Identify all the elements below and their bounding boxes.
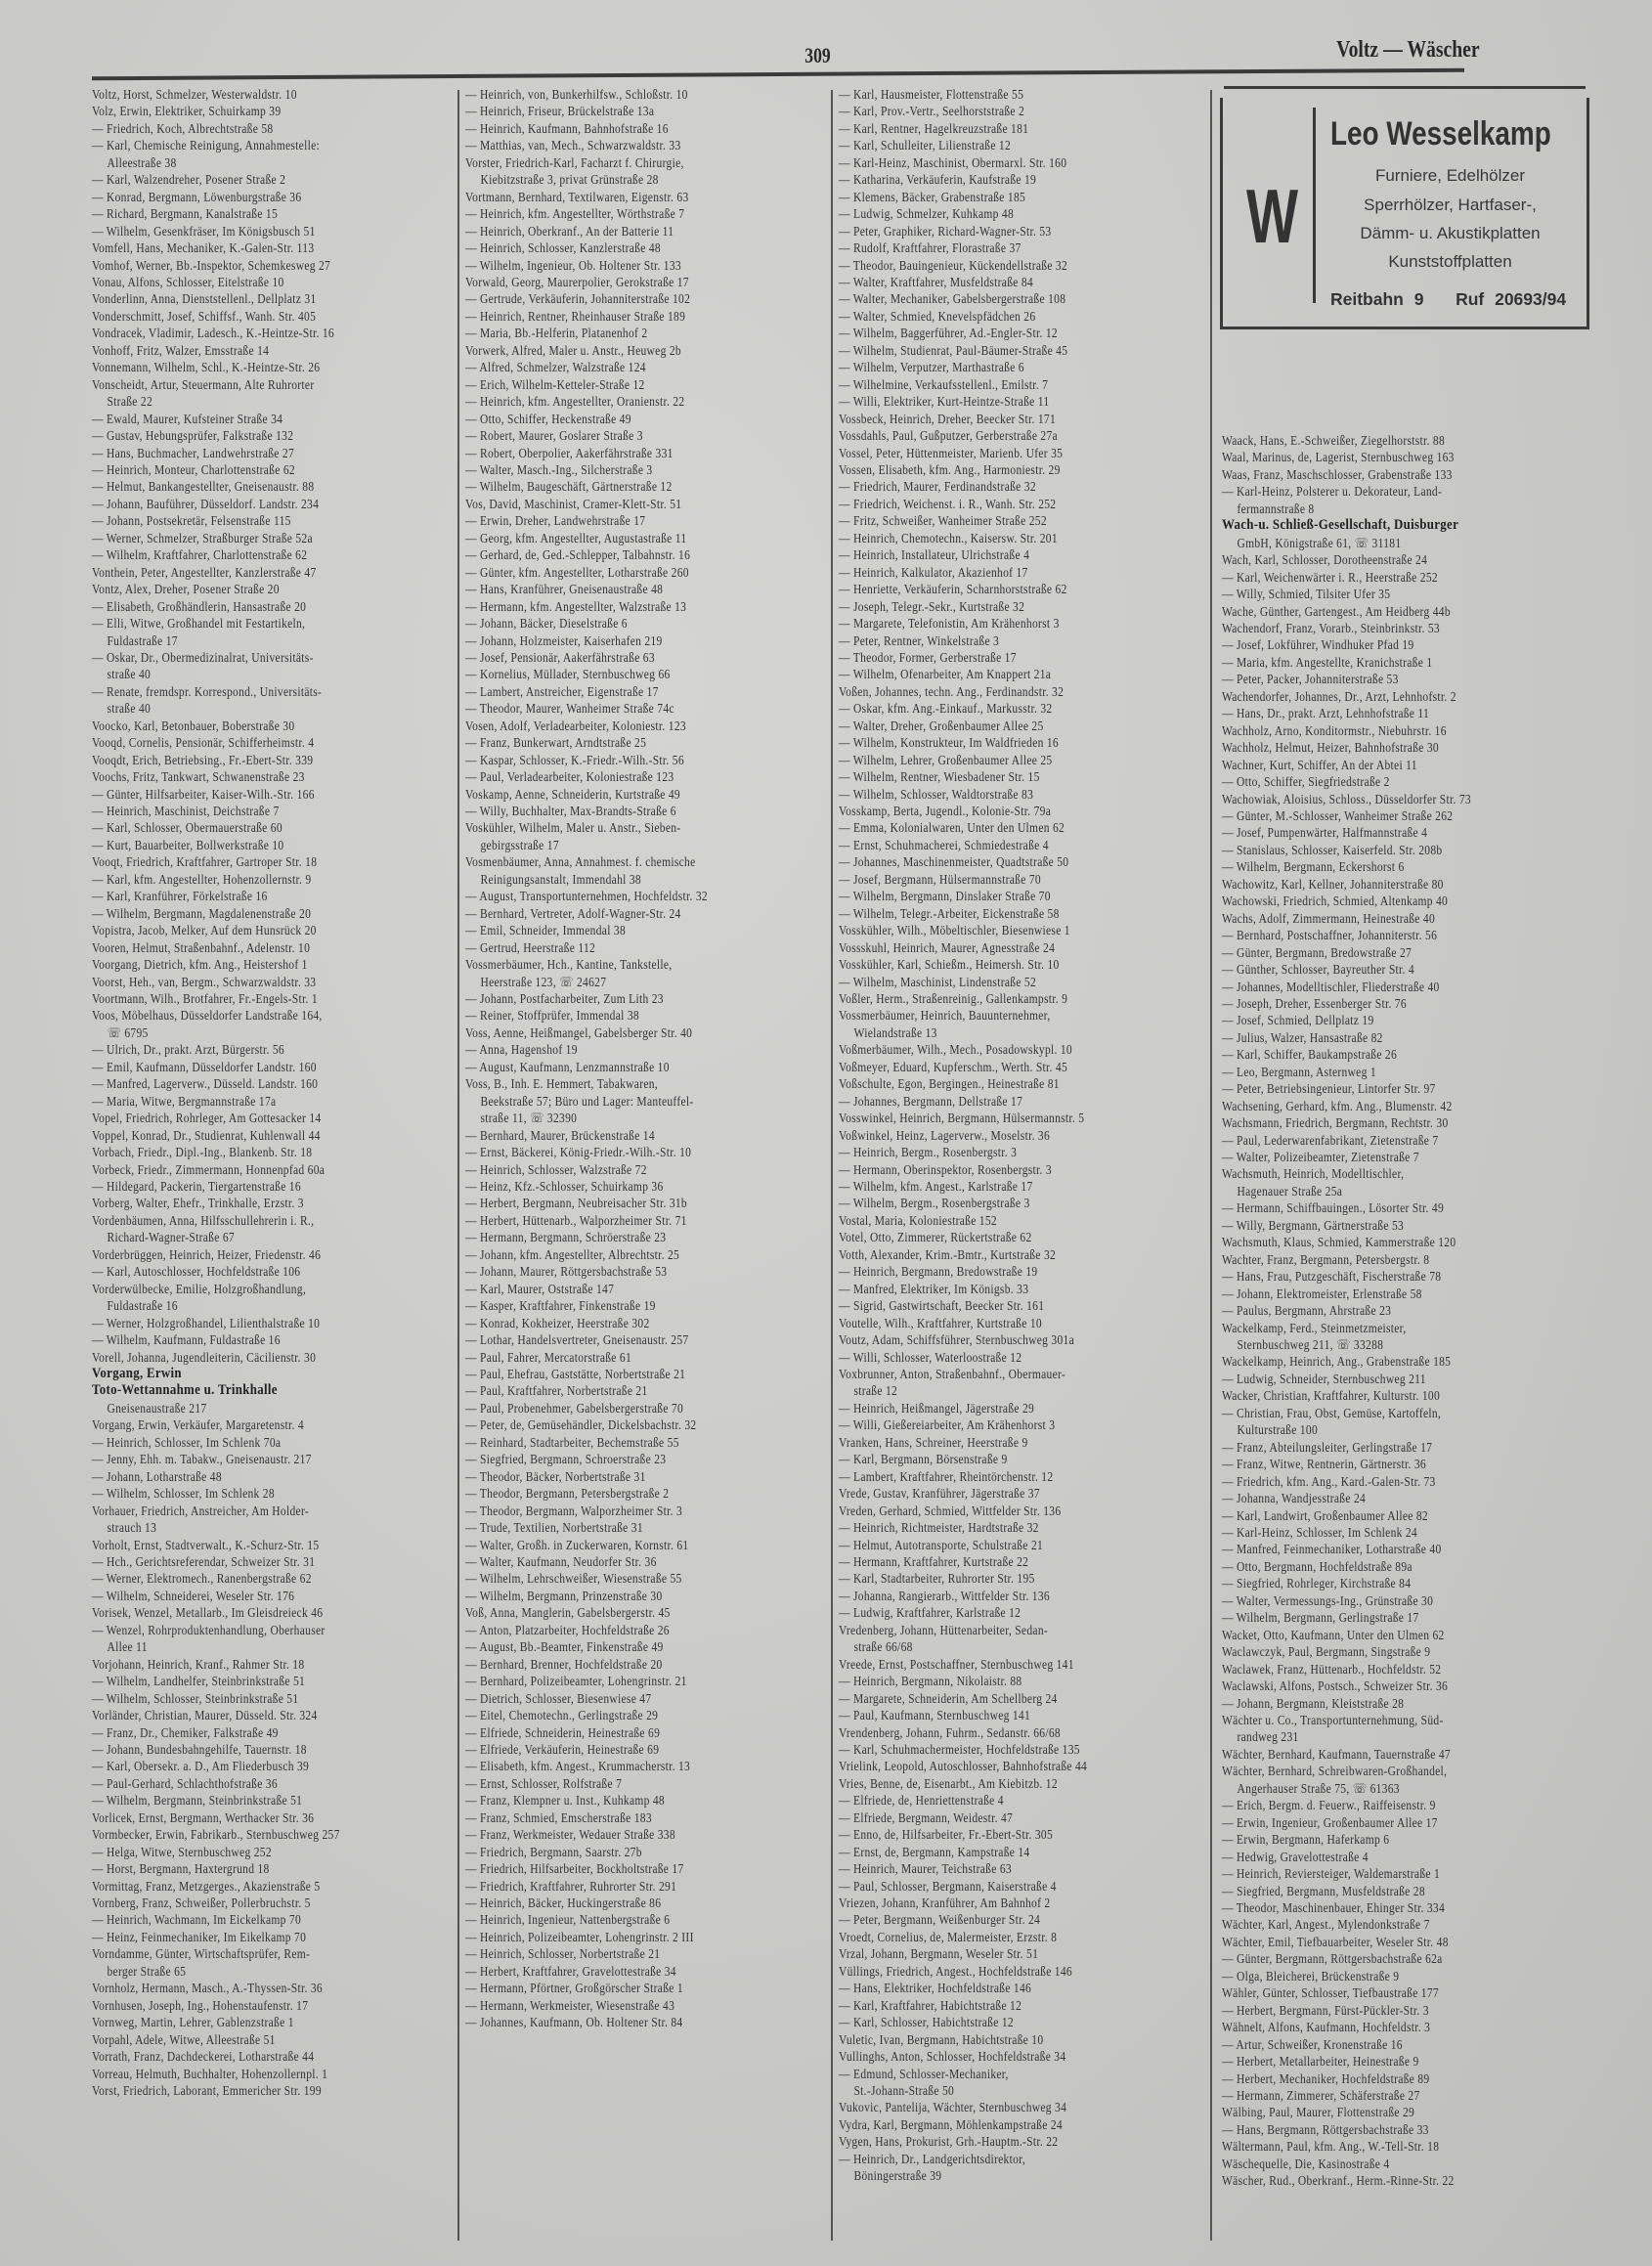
directory-entry: — Margarete, Telefonistin, Am Krähenhors… xyxy=(839,615,1150,632)
directory-entry: — Alfred, Schmelzer, Walzstraße 124 xyxy=(465,359,776,375)
directory-entry: — Wilhelm, Bergmann, Eckershorst 6 xyxy=(1222,858,1542,875)
directory-entry: — Oskar, Dr., Obermedizinalrat, Universi… xyxy=(92,649,403,666)
directory-entry: Sternbuschweg 211, ☏ 33288 xyxy=(1222,1336,1542,1353)
directory-entry: — Walter, Großh. in Zuckerwaren, Kornstr… xyxy=(465,1537,776,1553)
directory-entry: St.-Johann-Straße 50 xyxy=(839,2082,1150,2099)
directory-entry: — Hans, Kranführer, Gneisenaustraße 48 xyxy=(465,581,776,597)
directory-entry: — Elfriede, Verkäuferin, Heinestraße 69 xyxy=(465,1741,776,1758)
directory-entry: Vonnemann, Wilhelm, Schl., K.-Heintze-St… xyxy=(92,359,403,375)
directory-entry: — Peter, Rentner, Winkelstraße 3 xyxy=(839,632,1150,649)
directory-entry: — Paul, Ehefrau, Gaststätte, Norbertstra… xyxy=(465,1366,776,1382)
directory-entry: Vosswinkel, Heinrich, Bergmann, Hülserma… xyxy=(839,1110,1150,1126)
directory-entry: — Paul, Probenehmer, Gabelsbergerstraße … xyxy=(465,1400,776,1416)
directory-entry: — Karl, kfm. Angestellter, Hohenzollerns… xyxy=(92,871,403,888)
directory-entry: Heerstraße 123, ☏ 24627 xyxy=(465,974,776,990)
directory-entry: — Bernhard, Polizeibeamter, Lohengrinstr… xyxy=(465,1673,776,1689)
directory-entry: — Johannes, Kaufmann, Ob. Holtener Str. … xyxy=(465,2014,776,2030)
directory-entry: — Paul-Gerhard, Schlachthofstraße 36 xyxy=(92,1775,403,1792)
ad-line: Dämm- u. Akustikplatten xyxy=(1330,224,1570,243)
directory-entry: — Paul, Fahrer, Mercatorstraße 61 xyxy=(465,1349,776,1366)
directory-entry: — Herbert, Kraftfahrer, Gravelottestraße… xyxy=(465,1963,776,1980)
directory-entry: — Wilhelm, Lehrschweißer, Wiesenstraße 5… xyxy=(465,1570,776,1587)
directory-entry: Vornberg, Franz, Schweißer, Pollerbruchs… xyxy=(92,1895,403,1911)
directory-entry: — Henriette, Verkäuferin, Scharnhorststr… xyxy=(839,581,1150,597)
directory-entry: Gneisenaustraße 217 xyxy=(92,1400,403,1416)
directory-entry: — Herbert, Mechaniker, Hochfeldstraße 89 xyxy=(1222,2070,1542,2087)
directory-entry: — Katharina, Verkäuferin, Kaufstraße 19 xyxy=(839,171,1150,188)
directory-entry: — Günter, kfm. Angestellter, Lotharstraß… xyxy=(465,564,776,581)
directory-entry: Vonthein, Peter, Angestellter, Kanzlerst… xyxy=(92,564,403,581)
directory-entry: Voorst, Heh., van, Bergm., Schwarzwaldst… xyxy=(92,974,403,990)
directory-entry: Voßmeyer, Eduard, Kupferschm., Werth. St… xyxy=(839,1059,1150,1075)
directory-entry: — Heinrich, Schlosser, Norbertstraße 21 xyxy=(465,1945,776,1962)
directory-entry: — Konrad, Kokheizer, Heerstraße 302 xyxy=(465,1315,776,1331)
directory-entry: — Hermann, kfm. Angestellter, Walzstraße… xyxy=(465,598,776,615)
directory-entry: Alleestraße 38 xyxy=(92,154,403,171)
directory-entry: — Karl, Maurer, Oststraße 147 xyxy=(465,1281,776,1297)
directory-entry: — Heinrich, Schlosser, Walzstraße 72 xyxy=(465,1161,776,1178)
directory-entry: Vomfell, Hans, Mechaniker, K.-Galen-Str.… xyxy=(92,240,403,256)
directory-entry: — Fritz, Schweißer, Wanheimer Straße 252 xyxy=(839,512,1150,529)
directory-entry: — Heinrich, Schlosser, Im Schlenk 70a xyxy=(92,1434,403,1451)
directory-entry: Wäschequelle, Die, Kasinostraße 4 xyxy=(1222,2156,1542,2172)
directory-entry: — Elli, Witwe, Großhandel mit Festartike… xyxy=(92,615,403,632)
directory-entry: — Reiner, Stoffprüfer, Immendal 38 xyxy=(465,1007,776,1024)
directory-entry: — Manfred, Lagerverw., Düsseld. Landstr.… xyxy=(92,1075,403,1092)
directory-entry: Vos, David, Maschinist, Cramer-Klett-Str… xyxy=(465,496,776,512)
directory-entry: — Wilhelmine, Verkaufsstellenl., Emilstr… xyxy=(839,376,1150,393)
directory-entry: — Helga, Witwe, Sternbuschweg 252 xyxy=(92,1844,403,1860)
directory-entry: Voos, Möbelhaus, Düsseldorfer Landstraße… xyxy=(92,1007,403,1024)
directory-entry: — Karl, Obersekr. a. D., Am Fliederbusch… xyxy=(92,1758,403,1774)
directory-entry: — Günter, M.-Schlosser, Wanheimer Straße… xyxy=(1222,807,1542,824)
directory-entry: Waas, Franz, Maschschlosser, Grabenstraß… xyxy=(1222,466,1542,483)
directory-entry: Wach, Karl, Schlosser, Dorotheenstraße 2… xyxy=(1222,551,1542,568)
directory-entry: — Wilhelm, Kraftfahrer, Charlottenstraße… xyxy=(92,546,403,563)
directory-entry: Voss, Aenne, Heißmangel, Gabelsberger St… xyxy=(465,1024,776,1041)
directory-entry: — Wilhelm, Schlosser, Im Schlenk 28 xyxy=(92,1485,403,1502)
directory-entry: — Eitel, Chemotechn., Gerlingstraße 29 xyxy=(465,1707,776,1723)
directory-entry: — Franz, Schmied, Emscherstraße 183 xyxy=(465,1809,776,1826)
directory-entry: — Robert, Oberpolier, Aakerfährstraße 33… xyxy=(465,445,776,461)
directory-entry: — Friedrich, Bergmann, Saarstr. 27b xyxy=(465,1844,776,1860)
directory-entry: Vooqd, Cornelis, Pensionär, Schifferheim… xyxy=(92,734,403,751)
directory-entry: — Erwin, Ingenieur, Großenbaumer Allee 1… xyxy=(1222,1814,1542,1831)
directory-entry: Voskühler, Wilhelm, Maler u. Anstr., Sie… xyxy=(465,819,776,836)
directory-entry: — Friedrich, Koch, Albrechtstraße 58 xyxy=(92,120,403,137)
directory-entry: Vosskühler, Wilh., Möbeltischler, Biesen… xyxy=(839,922,1150,938)
directory-entry: — Willy, Buchhalter, Max-Brandts-Straße … xyxy=(465,803,776,819)
directory-entry: Waclawek, Franz, Hüttenarb., Hochfeldstr… xyxy=(1222,1661,1542,1678)
directory-entry: — Johann, Bäcker, Dieselstraße 6 xyxy=(465,615,776,632)
directory-entry: — Erich, Wilhelm-Ketteler-Straße 12 xyxy=(465,376,776,393)
ad-contact: Reitbahn 9 Ruf 20693/94 xyxy=(1330,289,1566,310)
directory-entry: Vriezen, Johann, Kranführer, Am Bahnhof … xyxy=(839,1895,1150,1911)
directory-entry: — Heinrich, Bäcker, Huckingerstraße 86 xyxy=(465,1895,776,1911)
directory-entry: — Paul, Schlosser, Bergmann, Kaiserstraß… xyxy=(839,1878,1150,1895)
directory-entry: — Karl, Schulleiter, Lilienstraße 12 xyxy=(839,137,1150,153)
directory-entry: Waal, Marinus, de, Lagerist, Sternbuschw… xyxy=(1222,449,1542,465)
directory-entry: Wachholz, Helmut, Heizer, Bahnhofstraße … xyxy=(1222,739,1542,756)
directory-entry: — Peter, Bergmann, Weißenburger Str. 24 xyxy=(839,1911,1150,1928)
directory-entry: — Johannes, Maschinenmeister, Quadtstraß… xyxy=(839,853,1150,870)
directory-entry: Votel, Otto, Zimmerer, Rückertstraße 62 xyxy=(839,1229,1150,1245)
directory-entry: Vossel, Peter, Hüttenmeister, Marienb. U… xyxy=(839,445,1150,461)
directory-entry: Voss, B., Inh. E. Hemmert, Tabakwaren, xyxy=(465,1075,776,1092)
directory-entry: Vornholz, Hermann, Masch., A.-Thyssen-St… xyxy=(92,1980,403,1996)
directory-entry: — Renate, fremdspr. Korrespond., Univers… xyxy=(92,683,403,700)
directory-entry: Vorndamme, Günter, Wirtschaftsprüfer, Re… xyxy=(92,1945,403,1962)
directory-entry: ☏ 6795 xyxy=(92,1024,403,1041)
directory-entry: — Herbert, Bergmann, Fürst-Pückler-Str. … xyxy=(1222,2002,1542,2019)
directory-entry: Waclawski, Alfons, Postsch., Schweizer S… xyxy=(1222,1678,1542,1694)
directory-entry: — Heinrich, Maurer, Teichstraße 63 xyxy=(839,1860,1150,1877)
directory-entry: — Heinrich, Bergmann, Bredowstraße 19 xyxy=(839,1263,1150,1280)
directory-entry: — Wilhelm, Schlosser, Waldtorstraße 83 xyxy=(839,786,1150,803)
directory-entry: — Walter, Vermessungs-Ing., Grünstraße 3… xyxy=(1222,1592,1542,1609)
directory-entry: — Paulus, Bergmann, Ahrstraße 23 xyxy=(1222,1302,1542,1319)
directory-entry: — Kurt, Bauarbeiter, Bollwerkstraße 10 xyxy=(92,837,403,853)
directory-entry: Vomhof, Werner, Bb.-Inspektor, Schemkesw… xyxy=(92,257,403,274)
directory-entry: — Wilhelm, Konstrukteur, Im Waldfrieden … xyxy=(839,734,1150,751)
directory-entry: — August, Bb.-Beamter, Finkenstraße 49 xyxy=(465,1638,776,1655)
directory-entry: — Walter, Kaufmann, Neudorfer Str. 36 xyxy=(465,1553,776,1570)
directory-entry: Voskamp, Aenne, Schneiderin, Kurtstraße … xyxy=(465,786,776,803)
directory-entry: — Friedrich, Maurer, Ferdinandstraße 32 xyxy=(839,478,1150,495)
directory-entry: Vosmenbäumer, Anna, Annahmest. f. chemis… xyxy=(465,853,776,870)
directory-entry: — Günter, Bergmann, Bredowstraße 27 xyxy=(1222,944,1542,961)
directory-entry: Vüllings, Friedrich, Angest., Hochfeldst… xyxy=(839,1963,1150,1980)
directory-entry: — Wilhelm, Bergmann, Magdalenenstraße 20 xyxy=(92,905,403,922)
directory-entry: — Heinrich, Kaufmann, Bahnhofstraße 16 xyxy=(465,120,776,137)
directory-entry: Vorbeck, Friedr., Zimmermann, Honnenpfad… xyxy=(92,1161,403,1178)
directory-entry: Vonscheidt, Artur, Steuermann, Alte Ruhr… xyxy=(92,376,403,393)
directory-entry: — Gertrud, Heerstraße 112 xyxy=(465,939,776,956)
directory-entry: straße 66/68 xyxy=(839,1638,1150,1655)
directory-entry: — Hermann, Pförtner, Großgörscher Straße… xyxy=(465,1980,776,1996)
directory-entry: — Günther, Schlosser, Bayreuther Str. 4 xyxy=(1222,961,1542,978)
directory-entry: — Gerhard, de, Ged.-Schlepper, Talbahnst… xyxy=(465,546,776,563)
directory-entry: Vormbecker, Erwin, Fabrikarb., Sternbusc… xyxy=(92,1826,403,1843)
directory-entry: Toto-Wettannahme u. Trinkhalle xyxy=(92,1382,403,1399)
directory-entry: — Klemens, Bäcker, Grabenstraße 185 xyxy=(839,189,1150,205)
directory-entry: Vonau, Alfons, Schlosser, Eitelstraße 10 xyxy=(92,274,403,290)
directory-entry: — Heinrich, von, Bunkerhilfsw., Schloßst… xyxy=(465,86,776,103)
directory-entry: — Karl, Stadtarbeiter, Ruhrorter Str. 19… xyxy=(839,1570,1150,1587)
directory-entry: — Elfriede, de, Henriettenstraße 4 xyxy=(839,1792,1150,1808)
directory-entry: Fuldastraße 16 xyxy=(92,1297,403,1314)
directory-entry: Wachter, Franz, Bergmann, Petersbergstr.… xyxy=(1222,1251,1542,1268)
directory-entry: — Heinrich, Heißmangel, Jägerstraße 29 xyxy=(839,1400,1150,1416)
directory-entry: Wächter, Bernhard, Schreibwaren-Großhand… xyxy=(1222,1763,1542,1779)
directory-entry: Vorwald, Georg, Maurerpolier, Gerokstraß… xyxy=(465,274,776,290)
directory-entry: — Ernst, Bäckerei, König-Friedr.-Wilh.-S… xyxy=(465,1144,776,1160)
directory-entry: Voßwinkel, Heinz, Lagerverw., Moselstr. … xyxy=(839,1127,1150,1144)
directory-entry: — Enno, de, Hilfsarbeiter, Fr.-Ebert-Str… xyxy=(839,1826,1150,1843)
directory-entry: — Walter, Mechaniker, Gabelsbergerstraße… xyxy=(839,290,1150,307)
directory-entry: — Peter, Graphiker, Richard-Wagner-Str. … xyxy=(839,223,1150,240)
directory-entry: Voppel, Konrad, Dr., Studienrat, Kuhlenw… xyxy=(92,1127,403,1144)
directory-entry: — Peter, de, Gemüsehändler, Dickelsbachs… xyxy=(465,1416,776,1433)
directory-entry: Waclawczyk, Paul, Bergmann, Singstraße 9 xyxy=(1222,1643,1542,1660)
directory-entry: strauch 13 xyxy=(92,1519,403,1536)
directory-entry: Wach-u. Schließ-Gesellschaft, Duisburger xyxy=(1222,517,1542,534)
directory-entry: — Wilhelm, Studienrat, Paul-Bäumer-Straß… xyxy=(839,342,1150,359)
directory-entry: Vydra, Karl, Bergmann, Möhlenkampstraße … xyxy=(839,2116,1150,2133)
directory-entry: Vorlicek, Ernst, Bergmann, Werthacker St… xyxy=(92,1809,403,1826)
directory-entry: Wacket, Otto, Kaufmann, Unter den Ulmen … xyxy=(1222,1627,1542,1643)
directory-entry: — Günter, Hilfsarbeiter, Kaiser-Wilh.-St… xyxy=(92,786,403,803)
directory-column-1: Voltz, Horst, Schmelzer, Westerwaldstr. … xyxy=(92,86,454,2099)
directory-entry: Vorpahl, Adele, Witwe, Alleestraße 51 xyxy=(92,2031,403,2048)
directory-entry: — Josef, Pensionär, Aakerfährstraße 63 xyxy=(465,649,776,666)
directory-entry: — Heinrich, Polizeibeamter, Lohengrinstr… xyxy=(465,1929,776,1945)
directory-entry: Vorreau, Helmuth, Buchhalter, Hohenzolle… xyxy=(92,2066,403,2082)
directory-entry: — Trude, Textilien, Norbertstraße 31 xyxy=(465,1519,776,1536)
directory-entry: Wähnelt, Alfons, Kaufmann, Hochfeldstr. … xyxy=(1222,2019,1542,2035)
directory-entry: — Karl, Schiffer, Baukampstraße 26 xyxy=(1222,1046,1542,1063)
directory-entry: — Johann, Bergmann, Kleiststraße 28 xyxy=(1222,1695,1542,1712)
directory-entry: — Hedwig, Gravelottestraße 4 xyxy=(1222,1849,1542,1865)
directory-entry: Vorster, Friedrich-Karl, Facharzt f. Chi… xyxy=(465,154,776,171)
directory-entry: Wächter, Karl, Angest., Mylendonkstraße … xyxy=(1222,1916,1542,1933)
directory-entry: — Hch., Gerichtsreferendar, Schweizer St… xyxy=(92,1553,403,1570)
directory-entry: — Hermann, Bergmann, Schröerstraße 23 xyxy=(465,1229,776,1245)
directory-entry: Votth, Alexander, Krim.-Bmtr., Kurtstraß… xyxy=(839,1246,1150,1263)
directory-entry: — Werner, Elektromech., Ranenbergstraße … xyxy=(92,1570,403,1587)
ad-phone: Ruf 20693/94 xyxy=(1456,289,1566,309)
directory-entry: — Maria, Witwe, Bergmannstraße 17a xyxy=(92,1093,403,1110)
directory-entry: — Gertrude, Verkäuferin, Johanniterstraß… xyxy=(465,290,776,307)
directory-entry: — Herbert, Metallarbeiter, Heinestraße 9 xyxy=(1222,2053,1542,2070)
directory-entry: — Johann, Maurer, Röttgersbachstraße 53 xyxy=(465,1263,776,1280)
directory-entry: — Reinhard, Stadtarbeiter, Bechemstraße … xyxy=(465,1434,776,1451)
directory-entry: — Hans, Dr., prakt. Arzt, Lehnhofstraße … xyxy=(1222,705,1542,721)
directory-entry: Vorberg, Walter, Ehefr., Trinkhalle, Erz… xyxy=(92,1195,403,1211)
directory-entry: — Walter, Polizeibeamter, Zietenstraße 7 xyxy=(1222,1149,1542,1165)
directory-entry: — Johanna, Wandjesstraße 24 xyxy=(1222,1490,1542,1506)
directory-entry: — Heinz, Kfz.-Schlosser, Schuirkamp 36 xyxy=(465,1178,776,1195)
directory-entry: Richard-Wagner-Straße 67 xyxy=(92,1229,403,1245)
directory-entry: — Heinrich, kfm. Angestellter, Oranienst… xyxy=(465,393,776,410)
directory-entry: — Heinrich, Rentner, Rheinhauser Straße … xyxy=(465,308,776,325)
directory-entry: Wältermann, Paul, kfm. Ang., W.-Tell-Str… xyxy=(1222,2138,1542,2155)
directory-entry: randweg 231 xyxy=(1222,1728,1542,1745)
directory-entry: — Werner, Schmelzer, Straßburger Straße … xyxy=(92,530,403,546)
directory-entry: — Siegfried, Bergmann, Musfeldstraße 28 xyxy=(1222,1883,1542,1899)
directory-entry: Böningerstraße 39 xyxy=(839,2167,1150,2184)
directory-entry: — Karl-Heinz, Polsterer u. Dekorateur, L… xyxy=(1222,483,1542,500)
directory-entry: Vossmerbäumer, Hch., Kantine, Tankstelle… xyxy=(465,956,776,973)
directory-entry: — Siegfried, Rohrleger, Kirchstraße 84 xyxy=(1222,1575,1542,1591)
directory-entry: — Hermann, Schiffbauingen., Lösorter Str… xyxy=(1222,1199,1542,1216)
directory-entry: — Wenzel, Rohrproduktenhandlung, Oberhau… xyxy=(92,1622,403,1638)
directory-entry: — Wilhelm, Schneiderei, Weseler Str. 176 xyxy=(92,1588,403,1604)
directory-entry: — Theodor, Bäcker, Norbertstraße 31 xyxy=(465,1468,776,1485)
directory-entry: Allee 11 xyxy=(92,1638,403,1655)
directory-entry: — Karl, Landwirt, Großenbaumer Allee 82 xyxy=(1222,1507,1542,1524)
directory-entry: fermannstraße 8 xyxy=(1222,501,1542,517)
directory-entry: — Erich, Bergm. d. Feuerw., Raiffeisenst… xyxy=(1222,1797,1542,1813)
directory-entry: — Josef, Lokführer, Windhuker Pfad 19 xyxy=(1222,636,1542,653)
directory-entry: Voortmann, Wilh., Brotfahrer, Fr.-Engels… xyxy=(92,990,403,1007)
directory-entry: — Otto, Schiffer, Heckenstraße 49 xyxy=(465,411,776,427)
directory-entry: Wälbing, Paul, Maurer, Flottenstraße 29 xyxy=(1222,2104,1542,2120)
directory-entry: — Heinrich, Bergmann, Nikolaistr. 88 xyxy=(839,1673,1150,1689)
directory-entry: — Artur, Schweißer, Kronenstraße 16 xyxy=(1222,2036,1542,2053)
directory-entry: — Georg, kfm. Angestellter, Augustastraß… xyxy=(465,530,776,546)
directory-entry: — Franz, Abteilungsleiter, Gerlingstraße… xyxy=(1222,1439,1542,1456)
directory-entry: Wachsmuth, Heinrich, Modelltischler, xyxy=(1222,1165,1542,1182)
directory-entry: — Otto, Bergmann, Hochfeldstraße 89a xyxy=(1222,1558,1542,1575)
directory-column-4: Waack, Hans, E.-Schweißer, Ziegelhorstst… xyxy=(1222,432,1593,2190)
directory-entry: — Heinrich, Richtmeister, Hardtstraße 32 xyxy=(839,1519,1150,1536)
directory-entry: — Johann, Lotharstraße 48 xyxy=(92,1468,403,1485)
directory-entry: Wachendorfer, Johannes, Dr., Arzt, Lehnh… xyxy=(1222,688,1542,705)
directory-entry: — Ernst, de, Bergmann, Kampstraße 14 xyxy=(839,1844,1150,1860)
directory-entry: — Karl, Weichenwärter i. R., Heerstraße … xyxy=(1222,569,1542,586)
directory-entry: — Ewald, Maurer, Kufsteiner Straße 34 xyxy=(92,411,403,427)
directory-entry: — Theodor, Bergmann, Petersbergstraße 2 xyxy=(465,1485,776,1502)
directory-entry: — Heinrich, Chemotechn., Kaisersw. Str. … xyxy=(839,530,1150,546)
directory-entry: — Josef, Pumpenwärter, Halfmannstraße 4 xyxy=(1222,824,1542,841)
directory-entry: — Manfred, Feinmechaniker, Lotharstraße … xyxy=(1222,1541,1542,1557)
directory-entry: Vossmerbäumer, Heinrich, Bauunternehmer, xyxy=(839,1007,1150,1024)
directory-entry: — Karl, Rentner, Hagelkreuzstraße 181 xyxy=(839,120,1150,137)
directory-entry: Wielandstraße 13 xyxy=(839,1024,1150,1041)
directory-entry: Vornweg, Martin, Lehrer, Gablenzstraße 1 xyxy=(92,2014,403,2030)
directory-entry: berger Straße 65 xyxy=(92,1963,403,1980)
directory-entry: — Willi, Schlosser, Waterloostraße 12 xyxy=(839,1349,1150,1366)
directory-entry: — Johanna, Rangierarb., Wittfelder Str. … xyxy=(839,1588,1150,1604)
directory-entry: — Helmut, Autotransporte, Schulstraße 21 xyxy=(839,1537,1150,1553)
directory-entry: Vondracek, Vladimir, Ladesch., K.-Heintz… xyxy=(92,325,403,341)
directory-entry: — Heinrich, Bergm., Rosenbergstr. 3 xyxy=(839,1144,1150,1160)
directory-entry: Voutelle, Wilh., Kraftfahrer, Kurtstraße… xyxy=(839,1315,1150,1331)
directory-entry: Vorisek, Wenzel, Metallarb., Im Gleisdre… xyxy=(92,1604,403,1621)
directory-entry: — Walter, Masch.-Ing., Silcherstraße 3 xyxy=(465,461,776,478)
directory-entry: — Joseph, Dreher, Essenberger Str. 76 xyxy=(1222,995,1542,1012)
directory-entry: — Friedrich, Weichenst. i. R., Wanh. Str… xyxy=(839,496,1150,512)
directory-entry: — Karl, Kranführer, Förkelstraße 16 xyxy=(92,888,403,904)
directory-entry: — Horst, Bergmann, Haxtergrund 18 xyxy=(92,1860,403,1877)
ad-line: Kunststoffplatten xyxy=(1330,252,1570,272)
directory-entry: — August, Kaufmann, Lenzmannstraße 10 xyxy=(465,1059,776,1075)
directory-entry: — Wilhelm, Telegr.-Arbeiter, Eickenstraß… xyxy=(839,905,1150,922)
directory-entry: — Otto, Schiffer, Siegfriedstraße 2 xyxy=(1222,773,1542,790)
directory-entry: Vosen, Adolf, Verladearbeiter, Koloniest… xyxy=(465,718,776,734)
directory-entry: — Edmund, Schlosser-Mechaniker, xyxy=(839,2066,1150,2082)
directory-entry: — Heinrich, Reviersteiger, Waldemarstraß… xyxy=(1222,1865,1542,1882)
directory-entry: — Wilhelm, Bergmann, Prinzenstraße 30 xyxy=(465,1588,776,1604)
directory-entry: — Franz, Klempner u. Inst., Kuhkamp 48 xyxy=(465,1792,776,1808)
directory-entry: Voorgang, Dietrich, kfm. Ang., Heistersh… xyxy=(92,956,403,973)
directory-entry: Wächter, Bernhard, Kaufmann, Tauernstraß… xyxy=(1222,1746,1542,1763)
directory-entry: — Hermann, Oberinspektor, Rosenbergstr. … xyxy=(839,1161,1150,1178)
directory-entry: — Karl, Schlosser, Habichtstraße 12 xyxy=(839,2014,1150,2030)
directory-entry: — Friedrich, Kraftfahrer, Ruhrorter Str.… xyxy=(465,1878,776,1895)
ad-monogram: W xyxy=(1246,172,1298,261)
directory-entry: — Günter, Bergmann, Röttgersbachstraße 6… xyxy=(1222,1950,1542,1967)
directory-entry: — Richard, Bergmann, Kanalstraße 15 xyxy=(92,205,403,222)
directory-entry: — Margarete, Schneiderin, Am Schellberg … xyxy=(839,1690,1150,1707)
directory-entry: — Hildegard, Packerin, Tiergartenstraße … xyxy=(92,1178,403,1195)
directory-entry: Volz, Erwin, Elektriker, Schuirkamp 39 xyxy=(92,103,403,119)
directory-entry: — Elisabeth, Großhändlerin, Hansastraße … xyxy=(92,598,403,615)
directory-entry: Voß, Anna, Manglerin, Gabelsbergerstr. 4… xyxy=(465,1604,776,1621)
directory-entry: Vorbach, Friedr., Dipl.-Ing., Blankenb. … xyxy=(92,1144,403,1160)
directory-entry: — Wilhelm, kfm. Angest., Karlstraße 17 xyxy=(839,1178,1150,1195)
directory-entry: — Heinrich, Oberkranf., An der Batterie … xyxy=(465,223,776,240)
directory-entry: Vorjohann, Heinrich, Kranf., Rahmer Str.… xyxy=(92,1656,403,1673)
directory-entry: — Heinrich, Maschinist, Deichstraße 7 xyxy=(92,803,403,819)
directory-entry: Vorhauer, Friedrich, Anstreicher, Am Hol… xyxy=(92,1503,403,1519)
directory-entry: — Elfriede, Bergmann, Weidestr. 47 xyxy=(839,1809,1150,1826)
directory-entry: Wachs, Adolf, Zimmermann, Heinestraße 40 xyxy=(1222,910,1542,927)
directory-entry: — Bernhard, Postschaffner, Johanniterstr… xyxy=(1222,927,1542,943)
directory-entry: — Jenny, Ehh. m. Tabakw., Gneisenaustr. … xyxy=(92,1451,403,1467)
directory-entry: Vosskühler, Karl, Schießm., Heimersh. St… xyxy=(839,956,1150,973)
directory-entry: Vonderlinn, Anna, Dienststellenl., Dellp… xyxy=(92,290,403,307)
directory-entry: — Siegfried, Bergmann, Schroerstraße 23 xyxy=(465,1451,776,1467)
directory-entry: Vontz, Alex, Dreher, Posener Straße 20 xyxy=(92,581,403,597)
directory-entry: — Willi, Gießereiarbeiter, Am Krähenhors… xyxy=(839,1416,1150,1433)
directory-entry: — Ludwig, Schmelzer, Kuhkamp 48 xyxy=(839,205,1150,222)
directory-entry: — Johann, kfm. Angestellter, Albrechtstr… xyxy=(465,1246,776,1263)
directory-entry: — Erwin, Dreher, Landwehrstraße 17 xyxy=(465,512,776,529)
directory-entry: straße 40 xyxy=(92,700,403,717)
directory-entry: — Heinrich, kfm. Angestellter, Wörthstra… xyxy=(465,205,776,222)
directory-entry: — Emma, Kolonialwaren, Unter den Ulmen 6… xyxy=(839,819,1150,836)
directory-entry: Vopel, Friedrich, Rohrleger, Am Gottesac… xyxy=(92,1110,403,1126)
directory-entry: straße 40 xyxy=(92,666,403,682)
directory-entry: Vroedt, Cornelius, de, Malermeister, Erz… xyxy=(839,1929,1150,1945)
directory-entry: — Heinrich, Ingenieur, Nattenbergstraße … xyxy=(465,1911,776,1928)
directory-entry: Wachsmann, Friedrich, Bergmann, Rechtstr… xyxy=(1222,1114,1542,1131)
directory-entry: — Matthias, van, Mech., Schwarzwaldstr. … xyxy=(465,137,776,153)
directory-entry: Vornhusen, Joseph, Ing., Hohenstaufenstr… xyxy=(92,1997,403,2014)
advertisement-box: W Leo Wesselkamp Furniere, Edelhölzer Sp… xyxy=(1220,86,1589,411)
directory-entry: Vorgang, Erwin, Verkäufer, Margaretenstr… xyxy=(92,1416,403,1433)
column-divider xyxy=(457,90,459,2241)
directory-entry: — Wilhelm, Baugeschäft, Gärtnerstraße 12 xyxy=(465,478,776,495)
directory-entry: — Paul, Lederwarenfabrikant, Zietenstraß… xyxy=(1222,1132,1542,1149)
directory-entry: — Peter, Betriebsingenieur, Lintorfer St… xyxy=(1222,1080,1542,1097)
directory-entry: — Franz, Werkmeister, Wedauer Straße 338 xyxy=(465,1826,776,1843)
directory-entry: Vortmann, Bernhard, Textilwaren, Eigenst… xyxy=(465,189,776,205)
directory-entry: — Karl-Heinz, Maschinist, Obermarxl. Str… xyxy=(839,154,1150,171)
directory-entry: Vossskuhl, Heinrich, Maurer, Agnesstraße… xyxy=(839,939,1150,956)
directory-entry: — Hans, Elektriker, Hochfeldstraße 146 xyxy=(839,1980,1150,1996)
directory-entry: — Wilhelm, Bergmann, Dinslaker Straße 70 xyxy=(839,888,1150,904)
directory-entry: Vorländer, Christian, Maurer, Düsseld. S… xyxy=(92,1707,403,1723)
directory-entry: gebirgsstraße 17 xyxy=(465,837,776,853)
directory-entry: Vukovic, Pantelija, Wächter, Sternbuschw… xyxy=(839,2099,1150,2115)
directory-entry: — Robert, Maurer, Goslarer Straße 3 xyxy=(465,427,776,444)
directory-entry: — Walter, Kraftfahrer, Musfeldstraße 84 xyxy=(839,274,1150,290)
directory-entry: — Hans, Bergmann, Röttgersbachstraße 33 xyxy=(1222,2121,1542,2138)
directory-entry: Reinigungsanstalt, Immendahl 38 xyxy=(465,871,776,888)
directory-entry: — Julius, Walzer, Hansastraße 82 xyxy=(1222,1029,1542,1046)
directory-entry: — Wilhelm, Ofenarbeiter, Am Knappert 21a xyxy=(839,666,1150,682)
directory-entry: Wächter, Emil, Tiefbauarbeiter, Weseler … xyxy=(1222,1934,1542,1950)
directory-entry: — Peter, Packer, Johanniterstraße 53 xyxy=(1222,671,1542,687)
directory-entry: — Franz, Bunkerwart, Arndtstraße 25 xyxy=(465,734,776,751)
page-number: 309 xyxy=(804,43,830,68)
directory-entry: — Heinrich, Monteur, Charlottenstraße 62 xyxy=(92,461,403,478)
directory-entry: Vorderwülbecke, Emilie, Holzgroßhandlung… xyxy=(92,1281,403,1297)
directory-entry: Voocko, Karl, Betonbauer, Boberstraße 30 xyxy=(92,718,403,734)
